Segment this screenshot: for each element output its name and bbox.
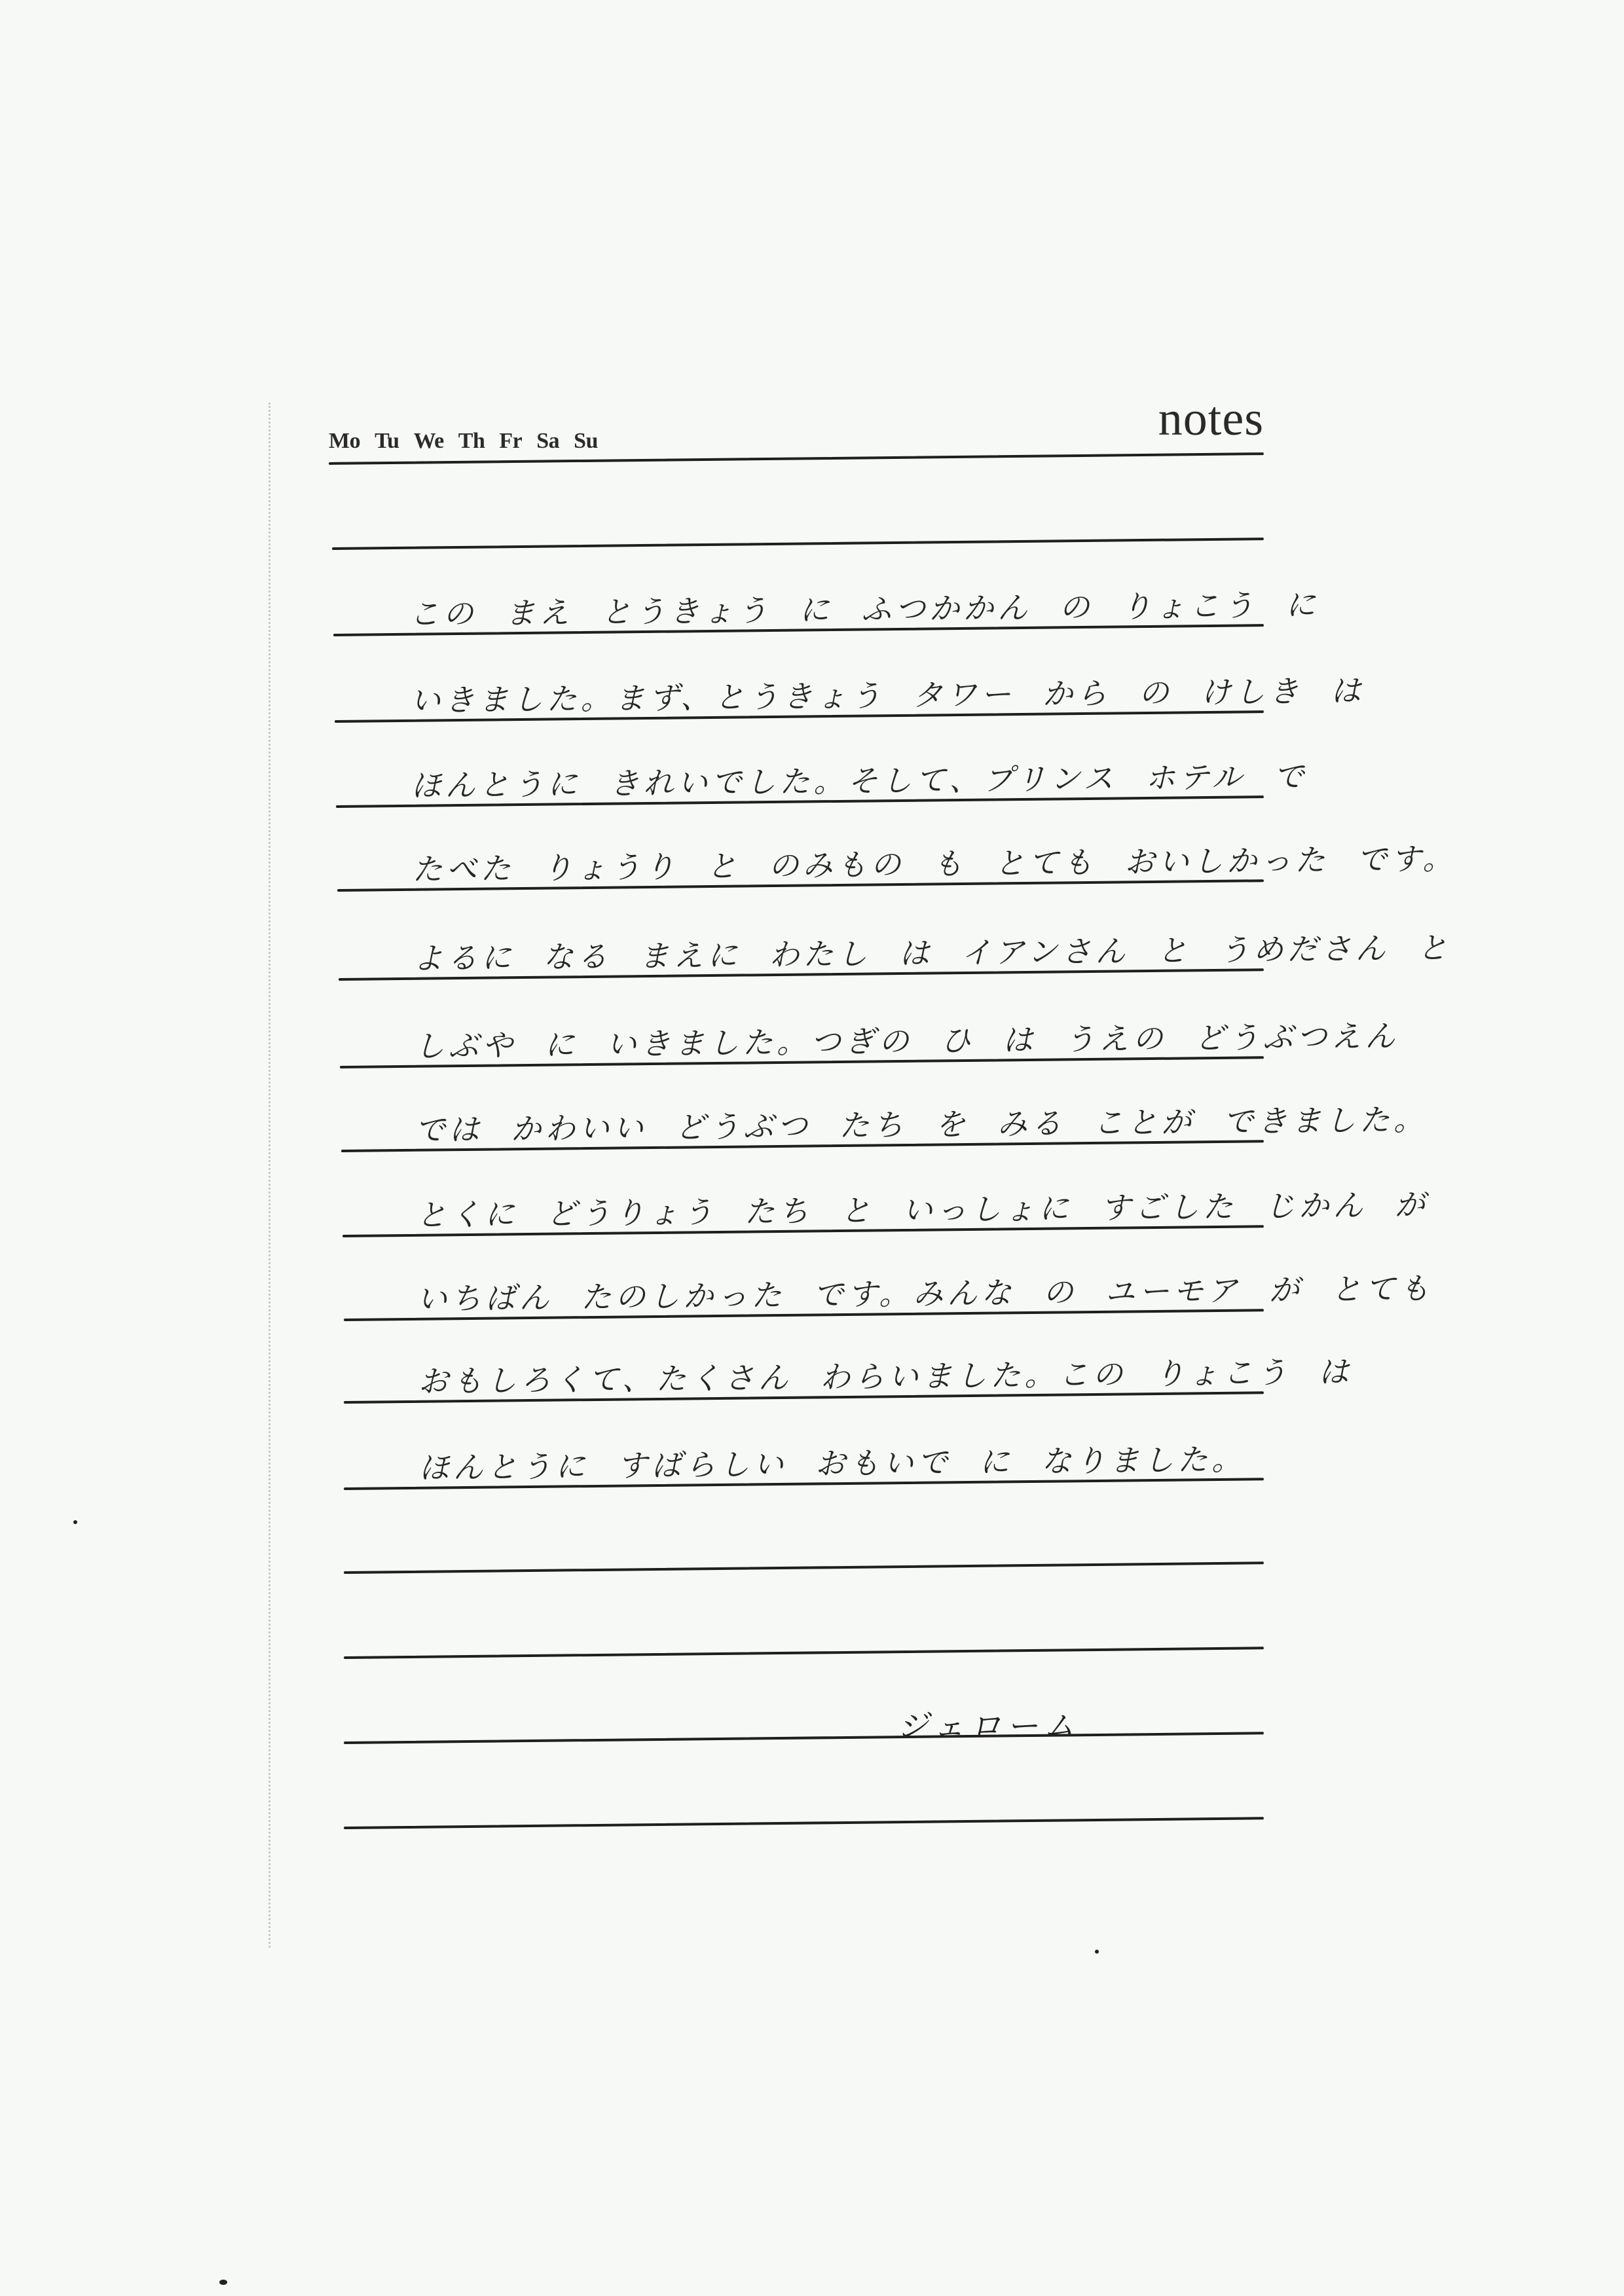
handwritten-line: ほんとうに すばらしい おもいで に なりました。 [418, 1436, 1246, 1487]
signature: ジェローム [897, 1701, 1080, 1746]
ruled-line [332, 538, 1264, 550]
scan-speck [219, 2280, 227, 2285]
handwritten-line: いちばん たのしかった です。みんな の ユーモア が とても [416, 1265, 1433, 1319]
weekday-mo: Mo [329, 429, 360, 453]
handwritten-line: とくに どうりょう たち と いっしょに すごした じかん が [416, 1181, 1429, 1235]
page-title: notes [1158, 392, 1264, 447]
weekday-su: Su [574, 429, 598, 453]
ruled-line [344, 1817, 1264, 1829]
ruled-line [344, 1561, 1264, 1574]
ruled-line [344, 1732, 1264, 1744]
ruled-line [329, 452, 1264, 465]
handwritten-line: では かわいい どうぶつ たち を みる ことが できました。 [415, 1096, 1428, 1150]
handwritten-line: たべた りょうり と のみもの も とても おいしかった です。 [412, 835, 1456, 889]
weekday-tu: Tu [375, 429, 399, 453]
handwritten-line: よるに なる まえに わたし は イアンさん と うめださん と [413, 924, 1451, 978]
weekday-sa: Sa [536, 429, 559, 453]
weekday-fr: Fr [499, 429, 522, 453]
weekday-selector: MoTuWeThFrSaSu [329, 429, 612, 454]
scan-speck [1095, 1950, 1099, 1954]
scan-speck [73, 1520, 77, 1524]
ruled-line [344, 1647, 1264, 1659]
weekday-th: Th [458, 429, 485, 453]
torn-page-edge [268, 403, 274, 1948]
weekday-we: We [414, 429, 444, 453]
